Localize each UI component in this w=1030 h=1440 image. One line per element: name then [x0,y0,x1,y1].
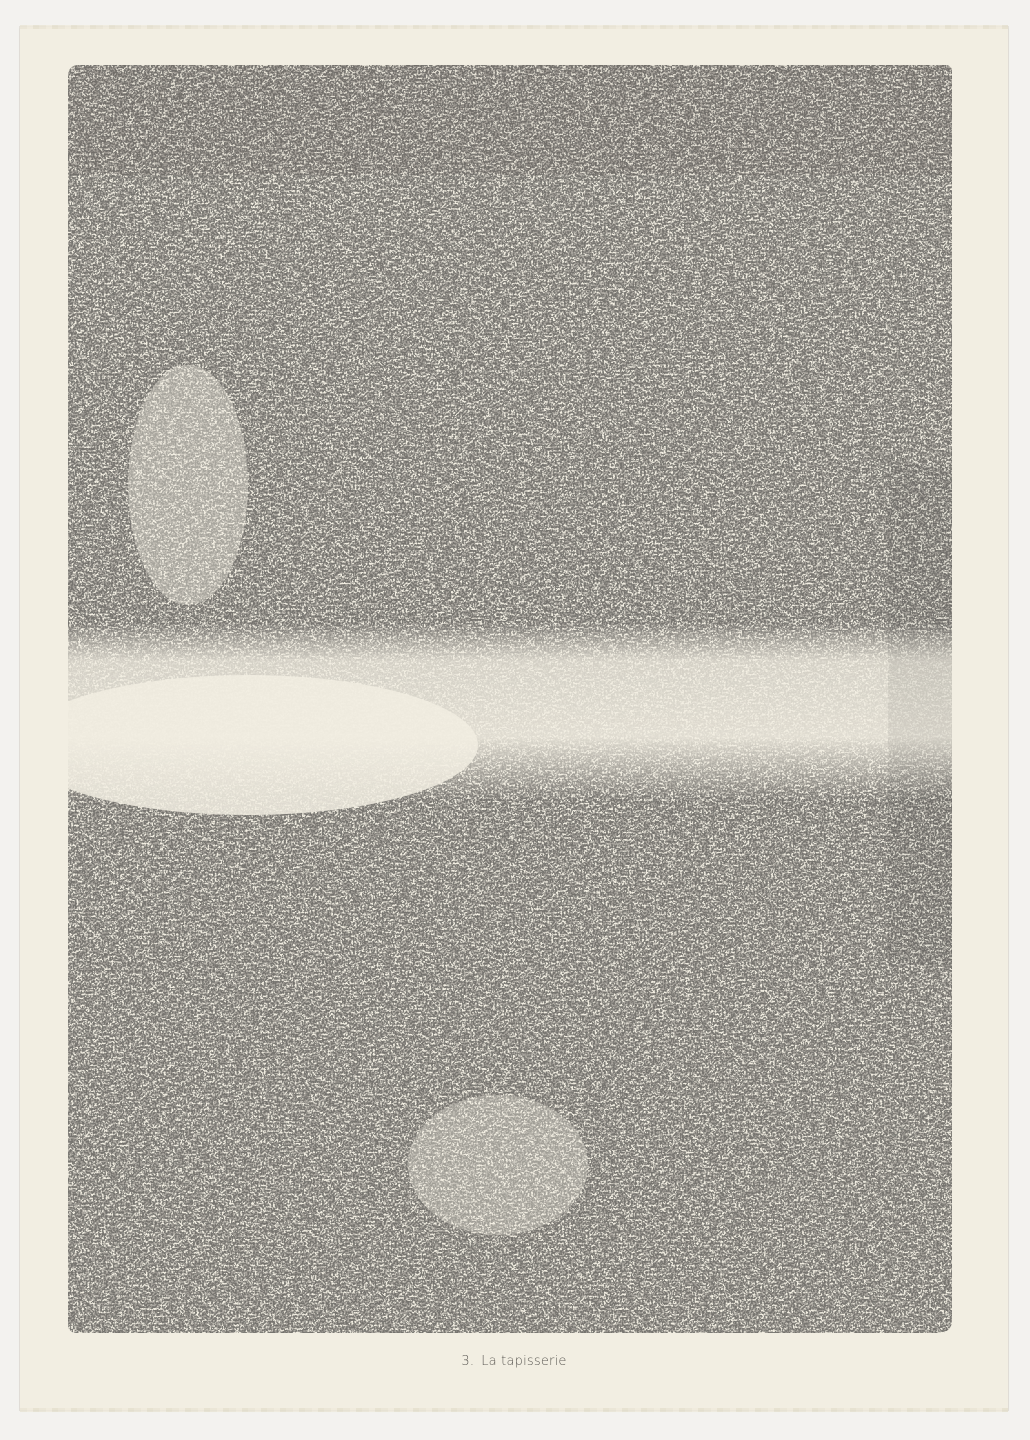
caption-title: La tapisserie [481,1354,566,1369]
deckle-edge-bottom [20,1408,1008,1412]
artwork-viewer: 3.La tapisserie [0,0,1030,1440]
paper-sheet: 3.La tapisserie [20,27,1008,1410]
deckle-edge-top [20,25,1008,29]
caption-number: 3. [461,1354,474,1369]
lithograph-print-area [68,65,952,1333]
texture-image [68,65,952,1333]
artwork-caption: 3.La tapisserie [20,1354,1008,1369]
